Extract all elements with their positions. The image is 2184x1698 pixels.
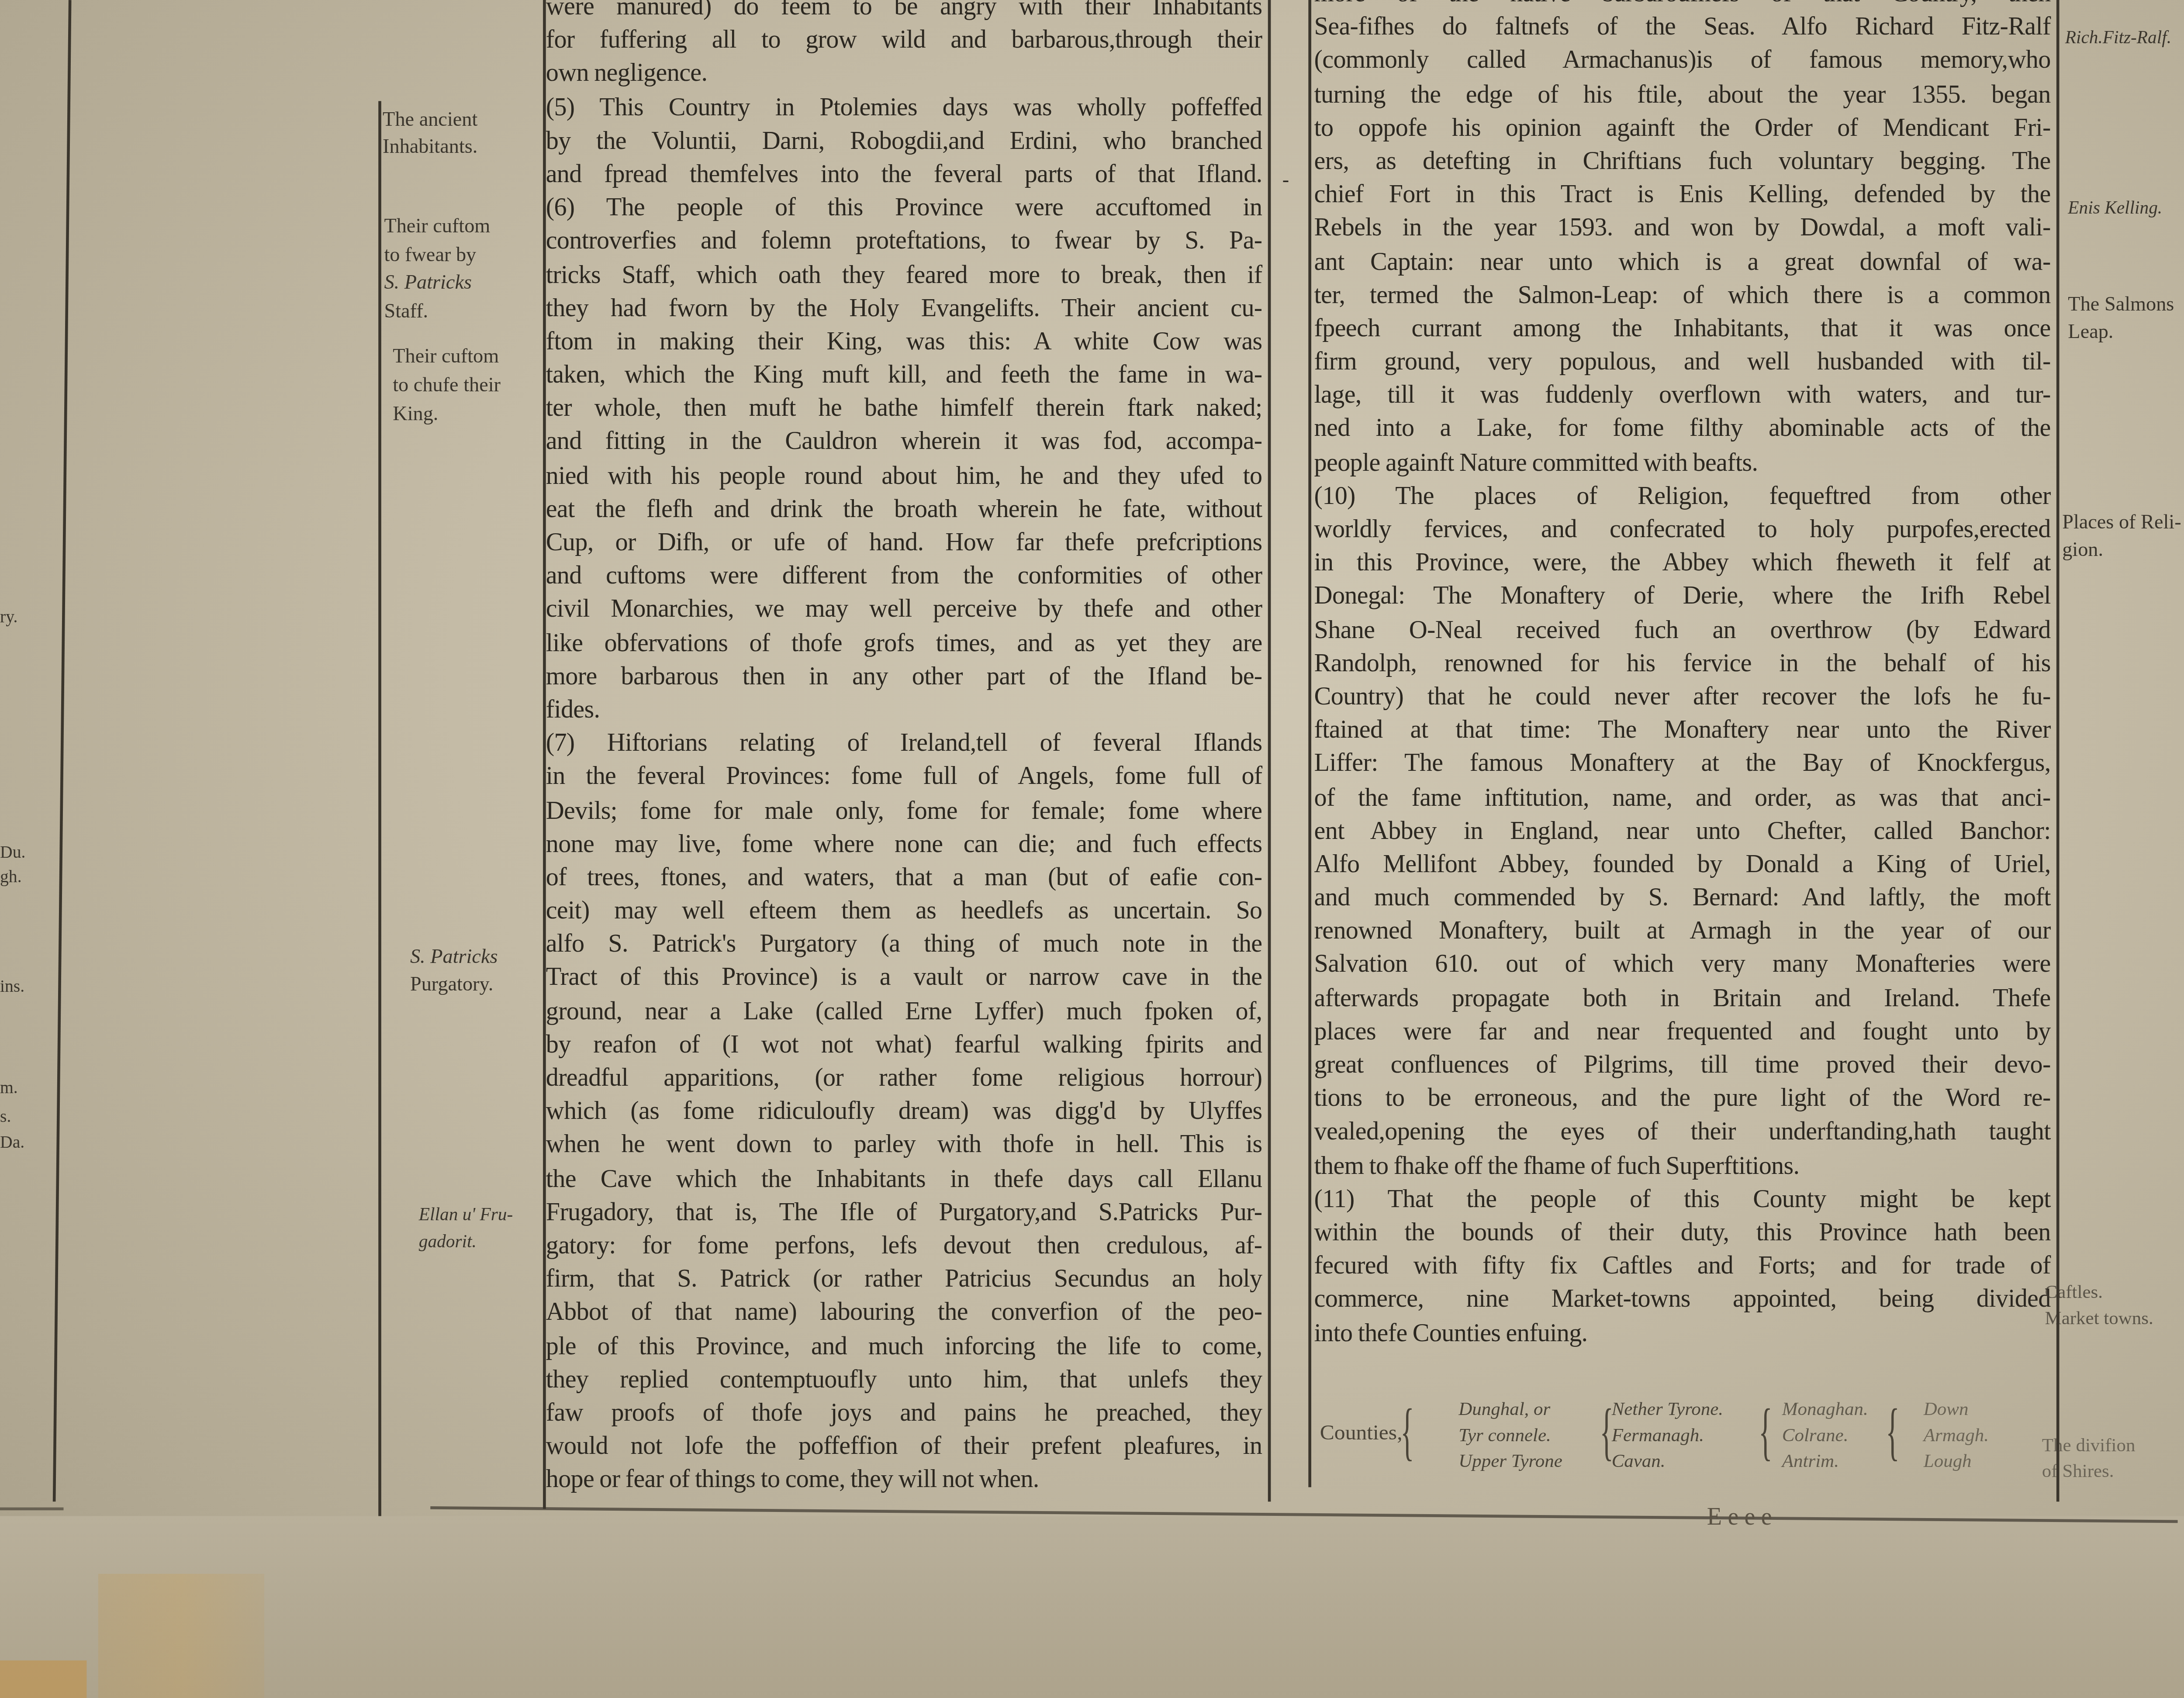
text-line: tions to be erroneous, and the pure ligh… bbox=[1314, 1082, 2051, 1115]
margin-note-fitz-ralf: Rich.Fitz-Ralf. bbox=[2065, 24, 2171, 52]
text-line: and cuftoms were different from the conf… bbox=[546, 559, 1262, 593]
paper-stain bbox=[0, 1660, 86, 1698]
previous-page-fragment: s. bbox=[0, 1106, 11, 1128]
text-line: chief Fort in this Tract is Enis Kelling… bbox=[1314, 178, 2051, 211]
margin-note-swear-by-staff: Their cuftom to fwear by S. Patricks Sta… bbox=[384, 214, 490, 326]
book-page-photo: ry. Du. gh. ins. m. s. Da. The ancient I… bbox=[0, 0, 2184, 1698]
brace-icon: { bbox=[1400, 1396, 1414, 1468]
text-line: dreadful apparitions, (or rather fome re… bbox=[546, 1061, 1262, 1095]
left-text-column: were manured) do feem to be angry with t… bbox=[546, 0, 1262, 1497]
margin-note-castles-market-towns: Caftles. Market towns. bbox=[2045, 1279, 2153, 1331]
text-line: ple of this Province, and much inforcing… bbox=[546, 1329, 1262, 1363]
text-line: firm, that S. Patrick (or rather Patrici… bbox=[546, 1262, 1262, 1296]
text-line: fpeech currant among the Inhabitants, th… bbox=[1314, 312, 2051, 345]
text-line: them to fhake off the fhame of fuch Supe… bbox=[1314, 1149, 2051, 1182]
text-line: ground, near a Lake (called Erne Lyffer)… bbox=[546, 994, 1262, 1028]
counties-group-4: Down Armagh. Lough bbox=[1924, 1396, 1989, 1474]
text-line: into thefe Counties enfuing. bbox=[1314, 1316, 2051, 1350]
text-line: Alfo Mellifont Abbey, founded by Donald … bbox=[1314, 847, 2051, 881]
text-line: turning the edge of his ftile, about the… bbox=[1314, 77, 2051, 111]
text-line: nied with his people round about him, he… bbox=[546, 459, 1262, 492]
text-line: eat the flefh and drink the broath where… bbox=[546, 492, 1262, 526]
text-line: lage, till it was fuddenly overflown wit… bbox=[1314, 379, 2051, 412]
text-line: faw proofs of thofe joys and pains he pr… bbox=[546, 1396, 1262, 1430]
text-line: firm ground, very populous, and well hus… bbox=[1314, 345, 2051, 379]
text-line: and much commended by S. Bernard: And la… bbox=[1314, 881, 2051, 915]
text-line: Salvation 610. out of which very many Mo… bbox=[1314, 948, 2051, 981]
previous-page-fragment: Da. bbox=[0, 1132, 24, 1154]
text-line: Devils; fome for male only, fome for fem… bbox=[546, 794, 1262, 827]
text-line: more barbarous then in any other part of… bbox=[546, 659, 1262, 693]
text-line: ned into a Lake, for fome filthy abomina… bbox=[1314, 412, 2051, 446]
text-line: were manured) do feem to be angry with t… bbox=[546, 0, 1262, 24]
column-divider-left bbox=[1268, 0, 1271, 1501]
text-line: ant Captain: near unto which is a great … bbox=[1314, 245, 2051, 278]
counties-group-2: Nether Tyrone. Fermanagh. Cavan. bbox=[1612, 1396, 1723, 1474]
text-line: they replied contemptuoufly unto him, th… bbox=[546, 1363, 1262, 1396]
margin-note-places-of-religion: Places of Reli- gion. bbox=[2062, 510, 2181, 565]
counties-label: Counties, bbox=[1320, 1422, 1403, 1447]
text-line: Rebels in the year 1593. and won by Dowd… bbox=[1314, 211, 2051, 245]
previous-page-fragment: m. bbox=[0, 1077, 18, 1099]
text-line: Sea-fifhes do faltnefs of the Seas. Alfo… bbox=[1314, 10, 2051, 44]
text-line: controverfies and folemn proteftations, … bbox=[546, 224, 1262, 258]
text-line: tricks Staff, which oath they feared mor… bbox=[546, 258, 1262, 291]
text-line: (7) Hiftorians relating of Ireland,tell … bbox=[546, 726, 1262, 760]
text-line: (10) The places of Religion, fequeftred … bbox=[1314, 479, 2051, 513]
text-line: renowned Monaftery, built at Armagh in t… bbox=[1314, 915, 2051, 948]
previous-page-fragment: ins. bbox=[0, 976, 24, 998]
counties-table: Counties, { Dunghal, or Tyr connele. Upp… bbox=[1317, 1393, 2039, 1483]
text-line: places were far and near frequented and … bbox=[1314, 1015, 2051, 1049]
text-line: for fuffering all to grow wild and barba… bbox=[546, 24, 1262, 57]
text-line: to oppofe his opinion againft the Order … bbox=[1314, 111, 2051, 145]
text-line: great confluences of Pilgrims, till time… bbox=[1314, 1048, 2051, 1082]
text-line: Liffer: The famous Monaftery at the Bay … bbox=[1314, 747, 2051, 780]
text-line: own negligence. bbox=[546, 57, 1262, 90]
text-line: vealed,opening the eyes of their underft… bbox=[1314, 1115, 2051, 1149]
text-line: ceit) may well efteem them as heedlefs a… bbox=[546, 894, 1262, 928]
text-line: more of the native barbaroufnefs of that… bbox=[1314, 0, 2051, 10]
page-signature-mark: Eeee bbox=[1707, 1503, 1778, 1532]
text-line: afterwards propagate both in Britain and… bbox=[1314, 981, 2051, 1015]
margin-note-chuse-king: Their cuftom to chufe their King. bbox=[393, 344, 501, 430]
gutter-mark: - bbox=[1282, 170, 1289, 193]
text-line: Tract of this Province) is a vault or na… bbox=[546, 961, 1262, 994]
text-line: ter, termed the Salmon-Leap: of which th… bbox=[1314, 278, 2051, 312]
brace-icon: { bbox=[1759, 1396, 1772, 1468]
text-line: ent Abbey in England, near unto Chefter,… bbox=[1314, 814, 2051, 848]
text-line: by the Voluntii, Darni, Robogdii,and Erd… bbox=[546, 124, 1262, 157]
text-line: Cup, or Difh, or ufe of hand. How far th… bbox=[546, 525, 1262, 559]
text-line: fecured with fifty fix Caftles and Forts… bbox=[1314, 1249, 2051, 1283]
left-margin-outer-rule bbox=[378, 101, 381, 1516]
text-line: civil Monarchies, we may well perceive b… bbox=[546, 593, 1262, 626]
text-line: would not lofe the poffeffion of their p… bbox=[546, 1429, 1262, 1463]
brace-icon: { bbox=[1886, 1396, 1899, 1468]
previous-page-bottom-rule bbox=[0, 1508, 63, 1511]
text-line: gatory: for fome perfons, lefs devout th… bbox=[546, 1229, 1262, 1262]
text-line: (5) This Country in Ptolemies days was w… bbox=[546, 90, 1262, 124]
text-line: Randolph, renowned for his fervice in th… bbox=[1314, 646, 2051, 680]
previous-page-fragment: gh. bbox=[0, 866, 22, 888]
text-line: ter whole, then muft he bathe himfelf th… bbox=[546, 392, 1262, 425]
previous-page-fragment: ry. bbox=[0, 607, 17, 628]
text-line: alfo S. Patrick's Purgatory (a thing of … bbox=[546, 927, 1262, 961]
text-line: and fitting in the Cauldron wherein it w… bbox=[546, 425, 1262, 459]
text-line: in this Province, were, the Abbey which … bbox=[1314, 546, 2051, 580]
text-line: they had fworn by the Holy Evangelifts. … bbox=[546, 291, 1262, 325]
text-line: by reafon of (I wot not what) fearful wa… bbox=[546, 1028, 1262, 1061]
text-line: (11) That the people of this County migh… bbox=[1314, 1182, 2051, 1216]
text-line: commerce, nine Market-towns appointed, b… bbox=[1314, 1283, 2051, 1316]
text-line: the Cave which the Inhabitants in thefe … bbox=[546, 1162, 1262, 1195]
counties-group-3: Monaghan. Colrane. Antrim. bbox=[1782, 1396, 1868, 1474]
text-line: Frugadory, that is, The Ifle of Purgator… bbox=[546, 1195, 1262, 1229]
text-line: taken, which the King muft kill, and fee… bbox=[546, 358, 1262, 392]
text-line: ftom in making their King, was this: A w… bbox=[546, 324, 1262, 358]
text-line: none may live, fome where none can die; … bbox=[546, 827, 1262, 860]
text-line: Donegal: The Monaftery of Derie, where t… bbox=[1314, 580, 2051, 613]
text-line: ers, as detefting in Chriftians fuch vol… bbox=[1314, 144, 2051, 178]
page-bottom-shadow bbox=[0, 1516, 2184, 1698]
text-line: in the feveral Provinces: fome full of A… bbox=[546, 760, 1262, 794]
text-line: of the fame inftitution, name, and order… bbox=[1314, 780, 2051, 814]
text-line: Country) that he could never after recov… bbox=[1314, 680, 2051, 714]
text-line: (6) The people of this Province were acc… bbox=[546, 191, 1262, 224]
text-line: like obfervations of thofe grofs times, … bbox=[546, 626, 1262, 659]
text-line: ftained at that time: The Monaftery near… bbox=[1314, 714, 2051, 747]
margin-note-salmons-leap: The Salmons Leap. bbox=[2068, 292, 2174, 347]
right-text-column: more of the native barbaroufnefs of that… bbox=[1314, 0, 2051, 1349]
paper-stain bbox=[98, 1574, 264, 1698]
margin-note-patricks-purgatory: S. Patricks Purgatory. bbox=[410, 944, 498, 999]
margin-note-division-of-shires: The divifion of Shires. bbox=[2042, 1432, 2136, 1484]
previous-page-fragment: Du. bbox=[0, 842, 25, 863]
text-line: (commonly called Armachanus)is of famous… bbox=[1314, 44, 2051, 77]
text-line: fides. bbox=[546, 693, 1262, 727]
text-line: when he went down to parley with thofe i… bbox=[546, 1128, 1262, 1162]
column-divider-right bbox=[1308, 0, 1311, 1487]
text-line: within the bounds of their duty, this Pr… bbox=[1314, 1216, 2051, 1249]
text-line: Abbot of that name) labouring the conver… bbox=[546, 1296, 1262, 1329]
margin-note-enis-kelling: Enis Kelling. bbox=[2068, 195, 2162, 222]
right-margin-inner-rule bbox=[2056, 0, 2060, 1501]
margin-note-ellan-frugadorit: Ellan u' Fru- gadorit. bbox=[419, 1201, 513, 1256]
counties-group-1: Dunghal, or Tyr connele. Upper Tyrone bbox=[1458, 1396, 1562, 1474]
previous-page-border-rule bbox=[53, 0, 72, 1501]
text-line: which (as fome ridiculoufly dream) was d… bbox=[546, 1095, 1262, 1129]
text-line: Shane O-Neal received fuch an overthrow … bbox=[1314, 613, 2051, 647]
text-line: hope or fear of things to come, they wil… bbox=[546, 1463, 1262, 1497]
text-line: people againft Nature committed with bea… bbox=[1314, 445, 2051, 479]
margin-note-ancient-inhabitants: The ancient Inhabitants. bbox=[383, 107, 477, 162]
text-line: of trees, ftones, and waters, that a man… bbox=[546, 860, 1262, 894]
text-line: worldly fervices, and confecrated to hol… bbox=[1314, 513, 2051, 546]
text-line: and fpread themfelves into the feveral p… bbox=[546, 157, 1262, 191]
